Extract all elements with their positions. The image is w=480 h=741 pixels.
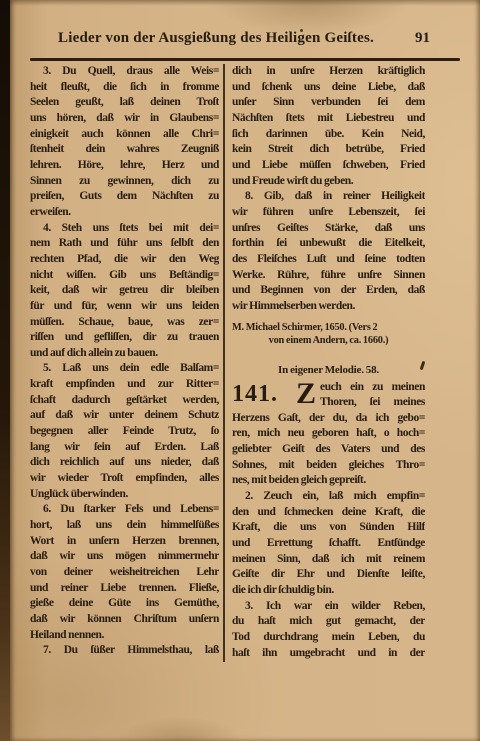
text-line: wir wieder Troſt empfinden, alles <box>30 471 219 487</box>
text-line: euch ein zu meinen <box>320 380 425 396</box>
text-line: Tod durchdrang mein Leben, du <box>232 630 425 646</box>
text-line: Geiſte dir Ehr und Dienſte leiſte, <box>232 567 425 583</box>
text-line: dich reichlich auf uns nieder, daß <box>30 455 219 471</box>
text-line: 3. Ich war ein wilder Reben, <box>232 599 425 615</box>
text-line: und Liebe müſſen ſchweben, Fried <box>232 158 425 174</box>
book-spine-edge <box>0 0 10 741</box>
paper-speck <box>300 29 303 32</box>
text-line: auf daß wir unter deinem Schutz <box>30 408 219 424</box>
melody-heading: In eigener Melodie. 58. <box>232 364 425 376</box>
verse-5: 5. Laß uns dein edle Balſam=kraft empfin… <box>30 361 219 502</box>
text-line: hort, laß uns dein himmelſüßes <box>30 518 219 534</box>
text-line: riſſen und gefliſſen, dir zu trauen <box>30 330 219 346</box>
page-number: 91 <box>415 30 430 47</box>
hymn-number: 141. <box>232 380 296 411</box>
text-line: 8. Gib, daß in reiner Heiligkeit <box>232 189 425 205</box>
text-line: heit fleußt, die ſich in fromme <box>30 80 219 96</box>
drop-cap-initial: Z <box>296 380 320 411</box>
text-line: haſt ihn umgebracht und in der <box>232 646 425 662</box>
text-line: lehren. Höre, lehre, Herz und <box>30 158 219 174</box>
verse-3: 3. Du Quell, draus alle Weis=heit fleußt… <box>30 64 219 221</box>
book-page: { "colors": { "paper": "#d5b488", "ink":… <box>0 0 480 741</box>
text-line: nes, mit beiden gleich gepreiſt. <box>232 473 425 489</box>
text-line: nem Rath und führ uns ſelbſt den <box>30 236 219 252</box>
attribution-line-2: von einem Andern, ca. 1660.) <box>232 334 425 347</box>
verse-7-start: 7. Du ſüßer Himmelsthau, laß <box>30 643 219 659</box>
text-line: 7. Du ſüßer Himmelsthau, laß <box>30 643 219 659</box>
text-line: forthin ſei unbewußt die Eitelkeit, <box>232 236 425 252</box>
attribution: M. Michael Schirmer, 1650. (Vers 2 von e… <box>232 321 425 347</box>
text-line: 4. Steh uns ſtets bei mit dei= <box>30 221 219 237</box>
verse-6: 6. Du ſtarker Fels und Lebens=hort, laß … <box>30 502 219 643</box>
text-line: einigkeit auch können alle Chri= <box>30 127 219 143</box>
text-line: daß wir uns mögen nimmermehr <box>30 549 219 565</box>
text-line: 3. Du Quell, draus alle Weis= <box>30 64 219 80</box>
text-line: die ich dir ſchuldig bin. <box>232 583 425 599</box>
hymn-141-verse-3: 3. Ich war ein wilder Reben,du haſt mich… <box>232 599 425 662</box>
text-line: 5. Laß uns dein edle Balſam= <box>30 361 219 377</box>
left-column: 3. Du Quell, draus alle Weis=heit fleußt… <box>30 64 219 659</box>
text-line: und Beginnen von der Erden, daß <box>232 283 425 299</box>
text-line: des Fleiſches Luſt und ſeine todten <box>232 252 425 268</box>
attribution-line-1: M. Michael Schirmer, 1650. (Vers 2 <box>232 321 425 334</box>
text-line: wir führen unſre Lebenszeit, ſei <box>232 205 425 221</box>
verse-8: 8. Gib, daß in reiner Heiligkeitwir führ… <box>232 189 425 314</box>
text-line: für und für, wenn wir uns leiden <box>30 299 219 315</box>
text-line: 2. Zeuch ein, laß mich empfin= <box>232 489 425 505</box>
hymn-141-verse-2: 2. Zeuch ein, laß mich empfin=den und ſc… <box>232 489 425 599</box>
text-line: wir Himmelserben werden. <box>232 299 425 315</box>
text-line: müſſen. Schaue, baue, was zer= <box>30 315 219 331</box>
text-line: nicht wiſſen. Gib uns Beſtändig= <box>30 268 219 284</box>
header-rule <box>30 58 460 61</box>
text-line: Thoren, ſei meines <box>320 395 425 411</box>
text-line: Kraft, die uns von Sünden Hilf <box>232 520 425 536</box>
text-line: von deiner weisheitreichen Lehr <box>30 565 219 581</box>
text-line: Herzens Gaſt, der du, da ich gebo= <box>232 411 425 427</box>
verse-4: 4. Steh uns ſtets bei mit dei=nem Rath u… <box>30 221 219 362</box>
text-line: Sohnes, mit beiden gleiches Thro= <box>232 458 425 474</box>
text-line: geliebter Geiſt des Vaters und des <box>232 442 425 458</box>
text-line: kein Streit dich betrübe, Fried <box>232 142 425 158</box>
right-column: dich in unſre Herzen kräftiglichund ſche… <box>232 64 425 661</box>
text-line: ren, mich neu geboren haſt, o hoch= <box>232 426 425 442</box>
text-line: uns hören, daß wir in Glaubens= <box>30 111 219 127</box>
text-line: und Errettung ſchafft. Entſündge <box>232 536 425 552</box>
running-title: Lieder von der Ausgießung des Heiligen G… <box>30 30 402 47</box>
text-line: lang wir ſein auf Erden. Laß <box>30 440 219 456</box>
text-line: und ſchenk uns deine Liebe, daß <box>232 80 425 96</box>
text-line: und Freude wirſt du geben. <box>232 174 425 190</box>
text-line: kraft empfinden und zur Ritter= <box>30 377 219 393</box>
text-line: begegnen aller Feinde Trutz, ſo <box>30 424 219 440</box>
text-line: unſres Geiſtes Stärke, daß uns <box>232 221 425 237</box>
text-line: Heiland nennen. <box>30 628 219 644</box>
text-line: erweiſen. <box>30 205 219 221</box>
text-line: du haſt mich gut gemacht, der <box>232 614 425 630</box>
hymn-141-verse-1: 141. Z euch ein zu meinenThoren, ſei mei… <box>232 380 425 490</box>
text-line: Nächſten ſtets mit Liebestreu und <box>232 111 425 127</box>
text-line: ſtenheit dein wahres Zeugniß <box>30 142 219 158</box>
text-line: rechten Pfad, die wir den Weg <box>30 252 219 268</box>
text-line: 6. Du ſtarker Fels und Lebens= <box>30 502 219 518</box>
verse-7-continuation: dich in unſre Herzen kräftiglichund ſche… <box>232 64 425 189</box>
text-line: ſchaft dadurch geſtärket werden, <box>30 393 219 409</box>
text-line: unſer Sinn verbunden ſei dem <box>232 95 425 111</box>
text-line: daß wir können Chriſtum unſern <box>30 612 219 628</box>
column-divider <box>223 64 225 662</box>
text-line: meinen Sinn, daß ich mit reinem <box>232 552 425 568</box>
text-line: und reiner Liebe trennen. Fließe, <box>30 581 219 597</box>
text-line: dich in unſre Herzen kräftiglich <box>232 64 425 80</box>
text-line: den und ſchmecken deine Kraft, die <box>232 505 425 521</box>
text-line: Sinnen zu gewinnen, dich zu <box>30 174 219 190</box>
text-line: Wort in unſern Herzen brennen, <box>30 534 219 550</box>
text-line: Unglück überwinden. <box>30 487 219 503</box>
text-line: und auf dich allein zu bauen. <box>30 346 219 362</box>
page-header: Lieder von der Ausgießung des Heiligen G… <box>30 30 460 54</box>
text-line: gieße deine Güte ins Gemüthe, <box>30 596 219 612</box>
text-line: keit, daß wir getreu dir bleiben <box>30 283 219 299</box>
text-line: Seelen geußt, laß deinen Troſt <box>30 95 219 111</box>
text-line: Werke. Rühre, führe unſre Sinnen <box>232 268 425 284</box>
text-line: preiſen, Guts dem Nächſten zu <box>30 189 219 205</box>
text-line: ſich darinnen übe. Kein Neid, <box>232 127 425 143</box>
